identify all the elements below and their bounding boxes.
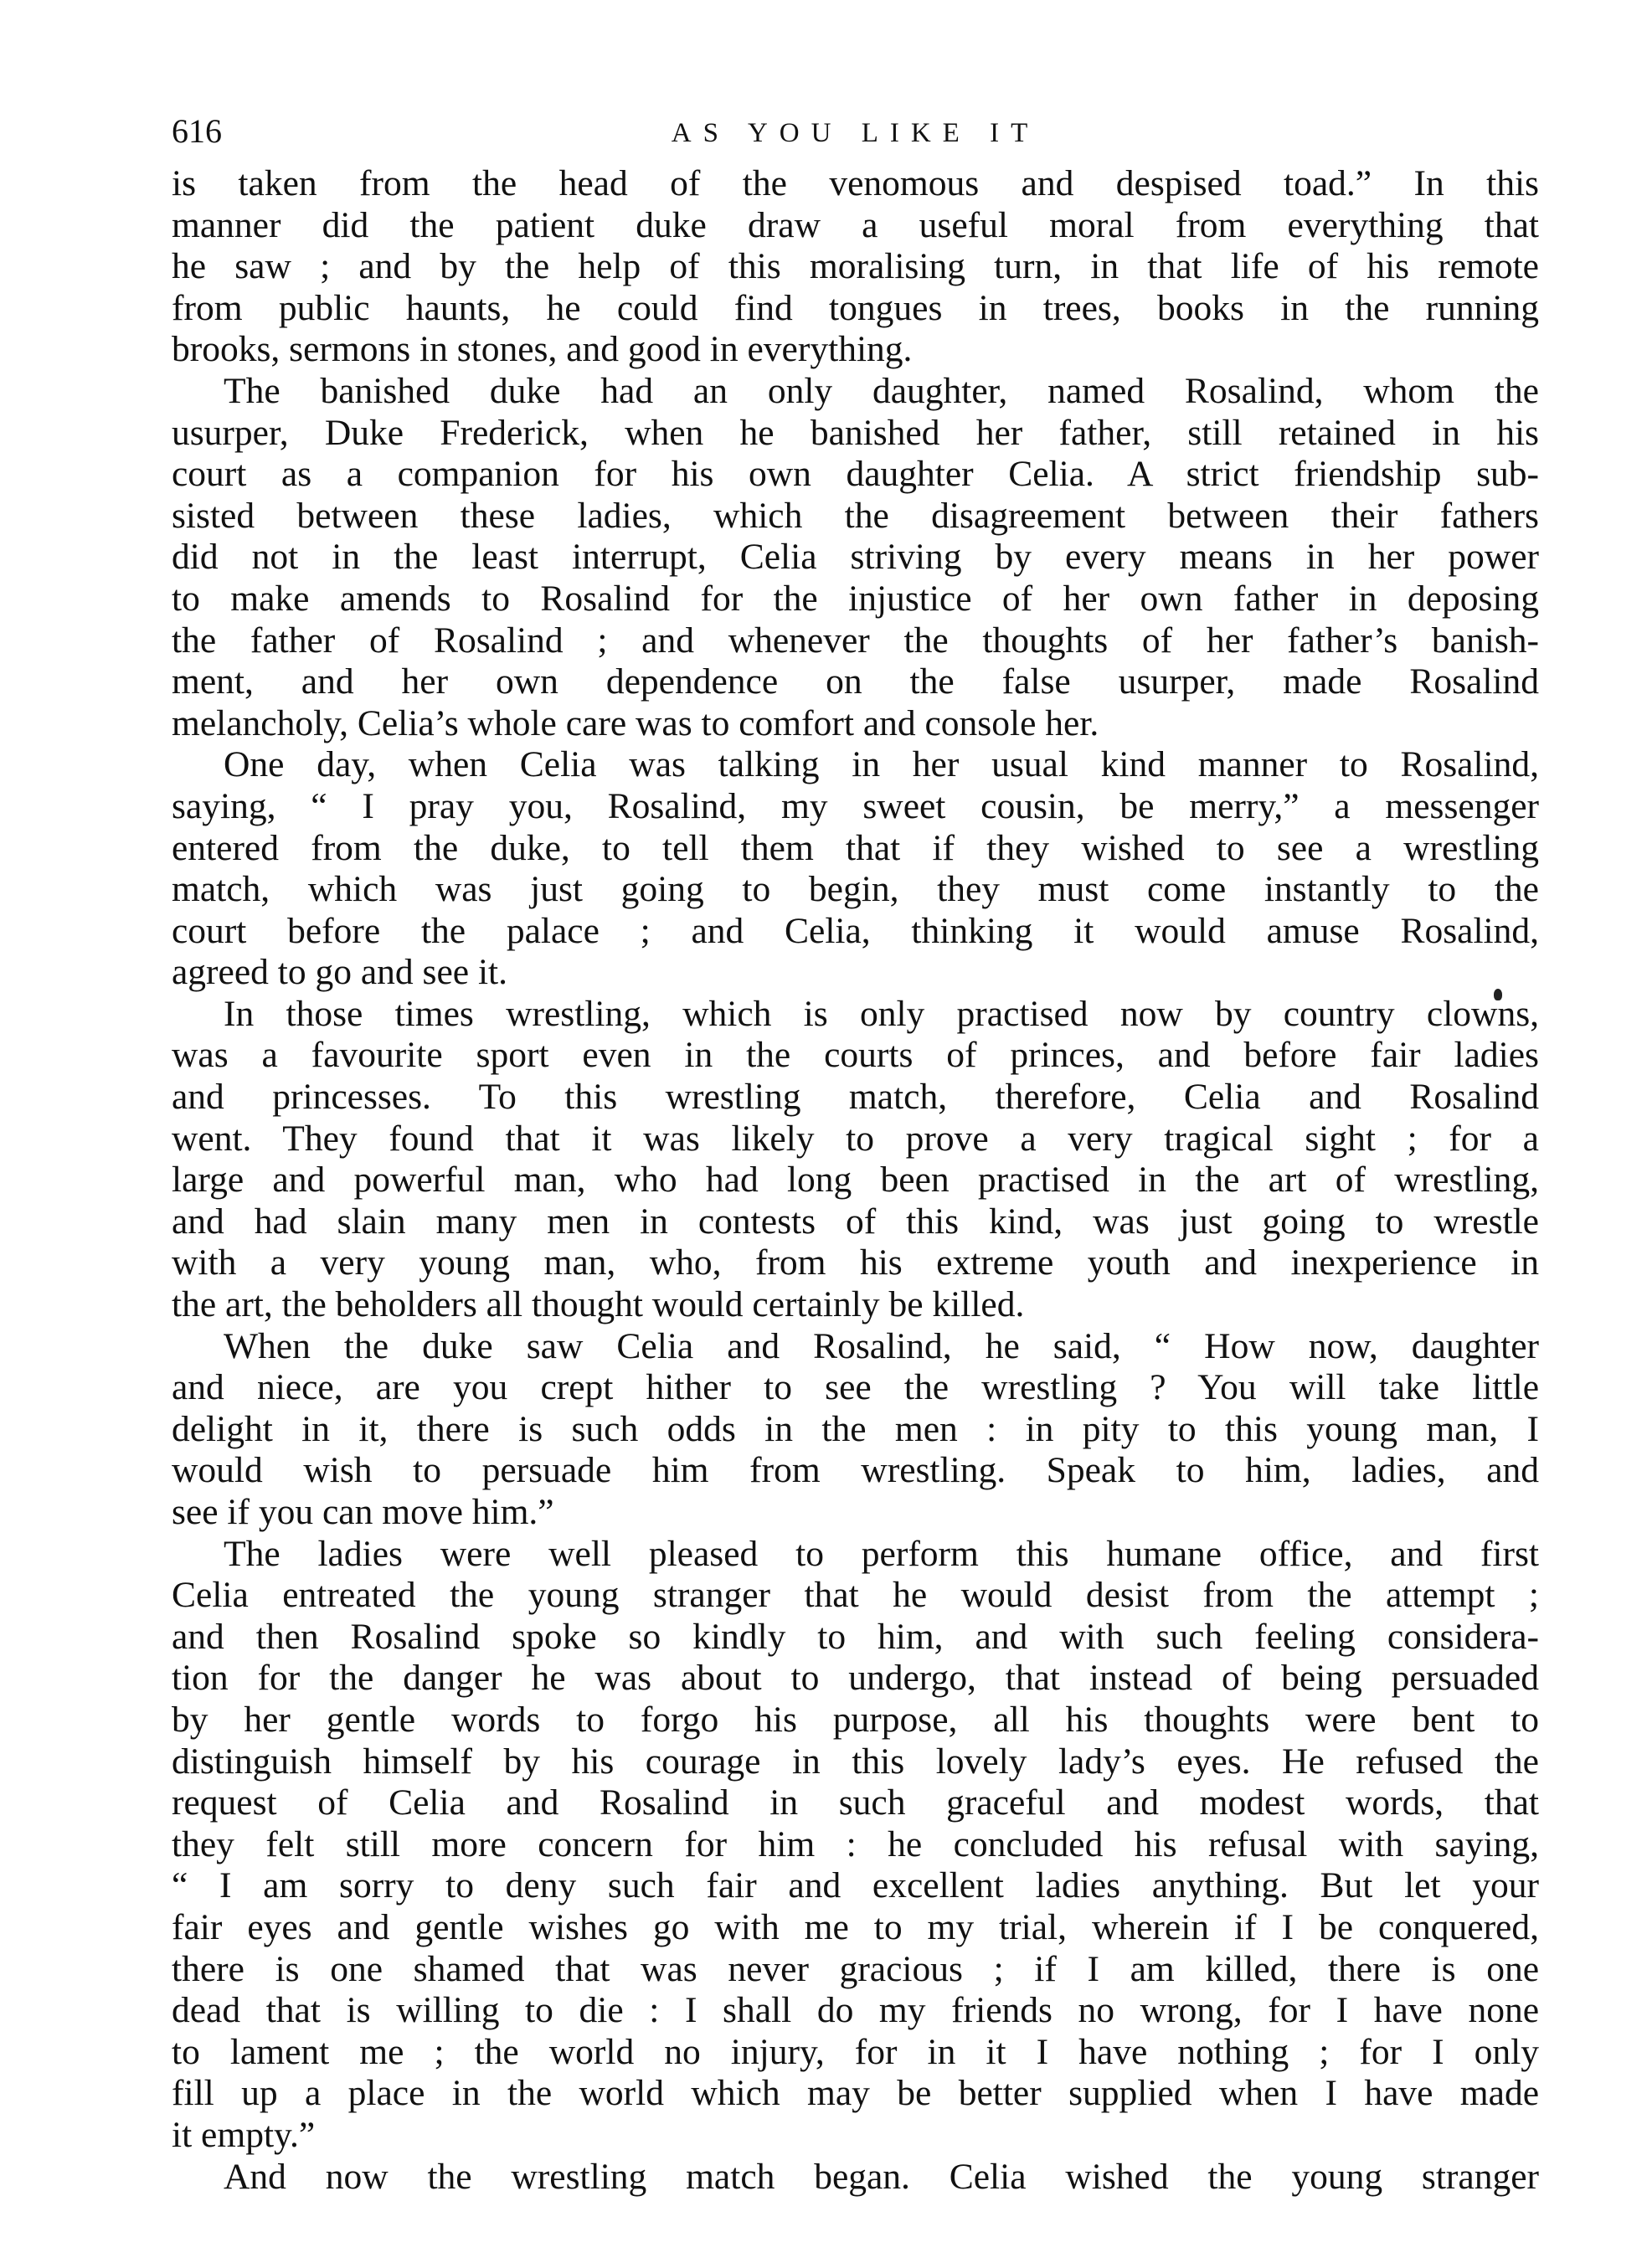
text-line: When the duke saw Celia and Rosalind, he… — [172, 1326, 1539, 1368]
text-line: did not in the least interrupt, Celia st… — [172, 537, 1539, 579]
text-line: from public haunts, he could find tongue… — [172, 288, 1539, 330]
text-line: entered from the duke, to tell them that… — [172, 828, 1539, 870]
text-line: was a favourite sport even in the courts… — [172, 1035, 1539, 1077]
text-line: saying, “ I pray you, Rosalind, my sweet… — [172, 786, 1539, 828]
text-line: and niece, are you crept hither to see t… — [172, 1367, 1539, 1409]
ink-speck — [1494, 989, 1502, 1000]
text-line: request of Celia and Rosalind in such gr… — [172, 1782, 1539, 1824]
text-line: brooks, sermons in stones, and good in e… — [172, 329, 1539, 371]
body-text: is taken from the head of the venomous a… — [172, 163, 1539, 2198]
text-line: One day, when Celia was talking in her u… — [172, 744, 1539, 786]
text-line: In those times wrestling, which is only … — [172, 994, 1539, 1036]
text-line: and then Rosalind spoke so kindly to him… — [172, 1617, 1539, 1659]
text-line: he saw ; and by the help of this moralis… — [172, 246, 1539, 288]
text-line: to make amends to Rosalind for the injus… — [172, 579, 1539, 620]
text-line: melancholy, Celia’s whole care was to co… — [172, 703, 1539, 745]
text-line: tion for the danger he was about to unde… — [172, 1658, 1539, 1700]
text-line: distinguish himself by his courage in th… — [172, 1741, 1539, 1783]
text-line: agreed to go and see it. — [172, 952, 1539, 994]
text-line: “ I am sorry to deny such fair and excel… — [172, 1865, 1539, 1907]
text-line: went. They found that it was likely to p… — [172, 1119, 1539, 1160]
text-line: usurper, Duke Frederick, when he banishe… — [172, 413, 1539, 455]
text-line: with a very young man, who, from his ext… — [172, 1242, 1539, 1284]
text-line: they felt still more concern for him : h… — [172, 1824, 1539, 1866]
text-line: to lament me ; the world no injury, for … — [172, 2032, 1539, 2074]
text-line: there is one shamed that was never graci… — [172, 1949, 1539, 1991]
text-line: court before the palace ; and Celia, thi… — [172, 911, 1539, 953]
text-line: by her gentle words to forgo his purpose… — [172, 1700, 1539, 1741]
text-line: the art, the beholders all thought would… — [172, 1284, 1539, 1326]
text-line: and princesses. To this wrestling match,… — [172, 1077, 1539, 1119]
text-line: match, which was just going to begin, th… — [172, 869, 1539, 911]
text-line: Celia entreated the young stranger that … — [172, 1575, 1539, 1617]
text-line: is taken from the head of the venomous a… — [172, 163, 1539, 205]
text-line: the father of Rosalind ; and whenever th… — [172, 620, 1539, 662]
text-line: court as a companion for his own daughte… — [172, 454, 1539, 496]
book-page: 616 AS YOU LIKE IT is taken from the hea… — [0, 0, 1647, 2268]
text-line: would wish to persuade him from wrestlin… — [172, 1450, 1539, 1492]
text-line: And now the wrestling match began. Celia… — [172, 2157, 1539, 2199]
text-line: sisted between these ladies, which the d… — [172, 496, 1539, 537]
text-line: dead that is willing to die : I shall do… — [172, 1990, 1539, 2032]
running-head: 616 AS YOU LIKE IT — [172, 111, 1539, 152]
text-line: it empty.” — [172, 2115, 1539, 2157]
text-line: The ladies were well pleased to perform … — [172, 1534, 1539, 1576]
text-line: large and powerful man, who had long bee… — [172, 1160, 1539, 1201]
text-line: The banished duke had an only daughter, … — [172, 371, 1539, 413]
text-line: see if you can move him.” — [172, 1492, 1539, 1534]
text-line: delight in it, there is such odds in the… — [172, 1409, 1539, 1451]
book-title: AS YOU LIKE IT — [172, 114, 1539, 152]
text-line: fill up a place in the world which may b… — [172, 2073, 1539, 2115]
text-line: manner did the patient duke draw a usefu… — [172, 205, 1539, 247]
text-line: fair eyes and gentle wishes go with me t… — [172, 1907, 1539, 1949]
text-line: and had slain many men in contests of th… — [172, 1201, 1539, 1243]
text-line: ment, and her own dependence on the fals… — [172, 661, 1539, 703]
